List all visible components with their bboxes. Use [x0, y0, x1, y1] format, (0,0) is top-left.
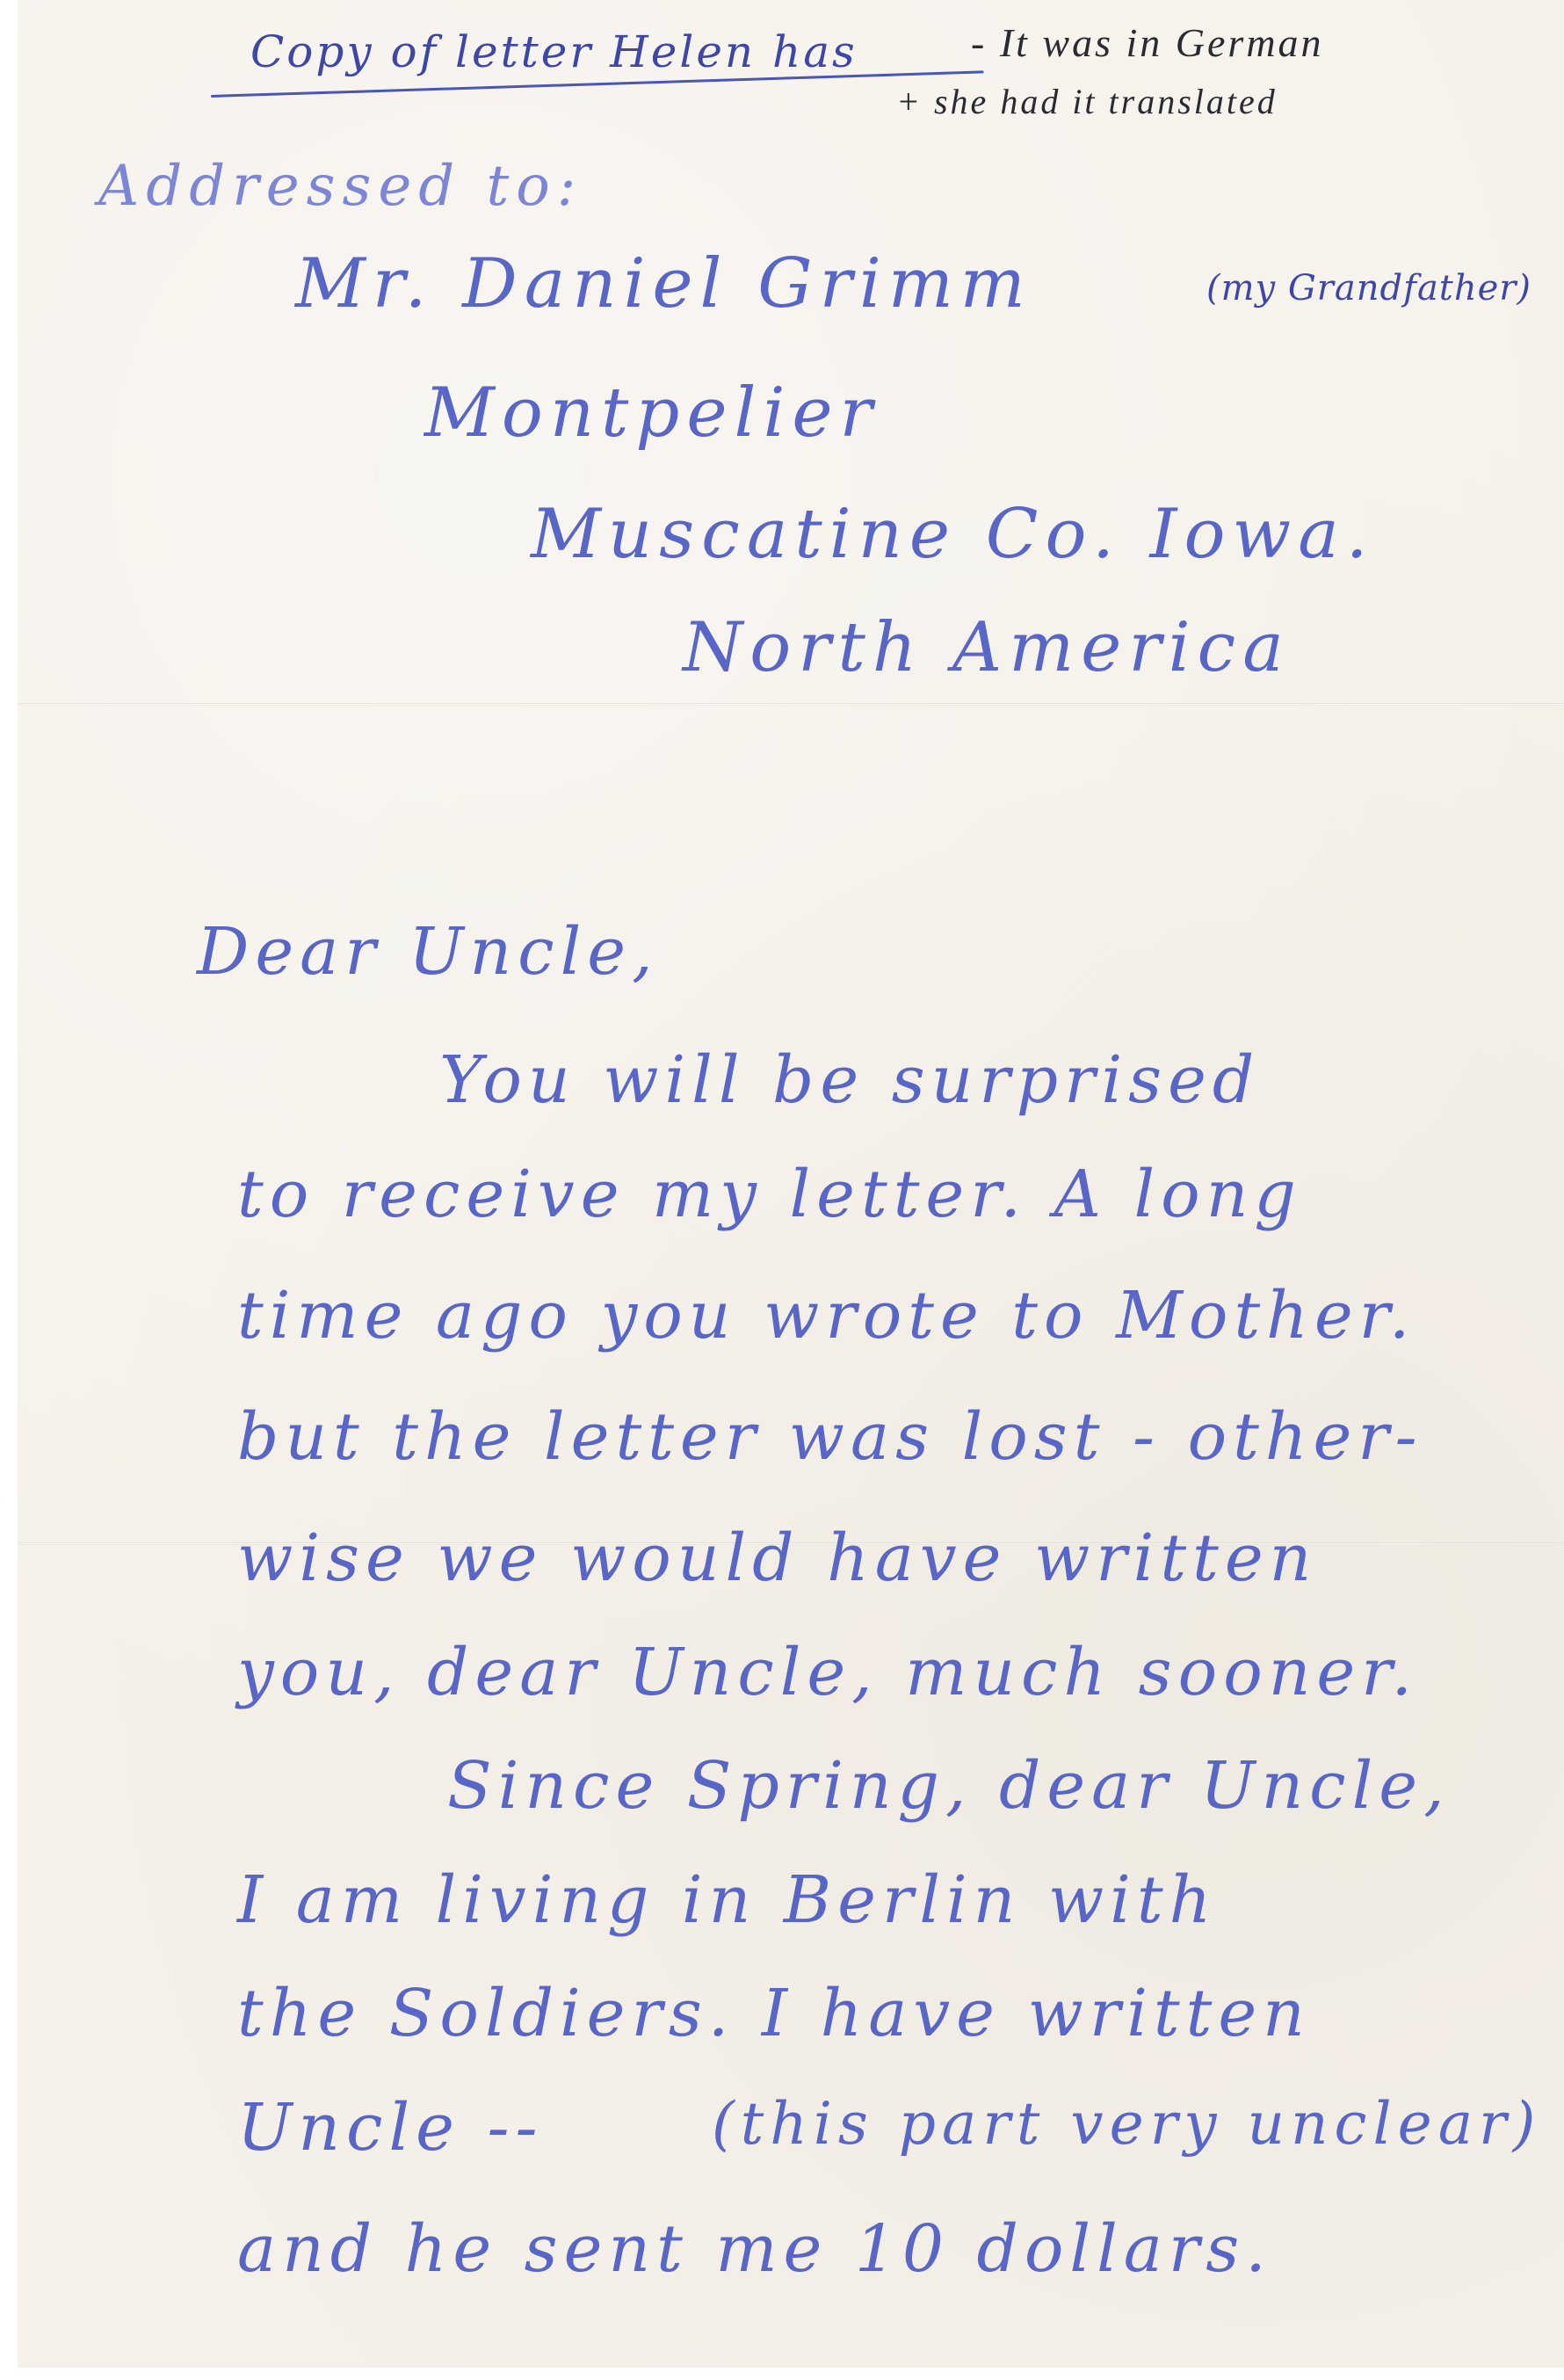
header-note-line2: + she had it translated — [896, 81, 1278, 122]
salutation: Dear Uncle, — [197, 914, 659, 990]
header-note-line1: - It was in German — [971, 19, 1324, 66]
address-name-annotation: (my Grandfather) — [1206, 268, 1531, 308]
body-line-8: I am living in Berlin with — [237, 1862, 1217, 1938]
body-line-7: Since Spring, dear Uncle, — [447, 1748, 1451, 1824]
body-annotation-unclear: (this part very unclear) — [712, 2090, 1541, 2158]
body-line-9: the Soldiers. I have written — [237, 1976, 1311, 2051]
body-line-1: You will be surprised — [439, 1042, 1260, 1118]
body-line-5: wise we would have written — [237, 1520, 1317, 1596]
paper-fold-upper — [18, 703, 1564, 706]
body-line-4: but the letter was lost - other- — [237, 1399, 1423, 1475]
body-line-3: time ago you wrote to Mother. — [237, 1278, 1416, 1353]
address-label: Addressed to: — [98, 154, 583, 219]
body-line-11: and he sent me 10 dollars. — [237, 2211, 1272, 2287]
body-line-2: to receive my letter. A long — [237, 1157, 1302, 1232]
body-line-10: Uncle -- — [237, 2090, 543, 2166]
header-title: Copy of letter Helen has — [250, 26, 858, 77]
address-county-state: Muscatine Co. Iowa. — [531, 495, 1375, 574]
letter-page: Copy of letter Helen has - It was in Ger… — [18, 0, 1564, 2368]
address-city: Montpelier — [424, 374, 880, 453]
body-line-6: you, dear Uncle, much sooner. — [237, 1635, 1418, 1710]
address-region: North America — [683, 608, 1291, 687]
address-name: Mr. Daniel Grimm — [295, 244, 1032, 323]
